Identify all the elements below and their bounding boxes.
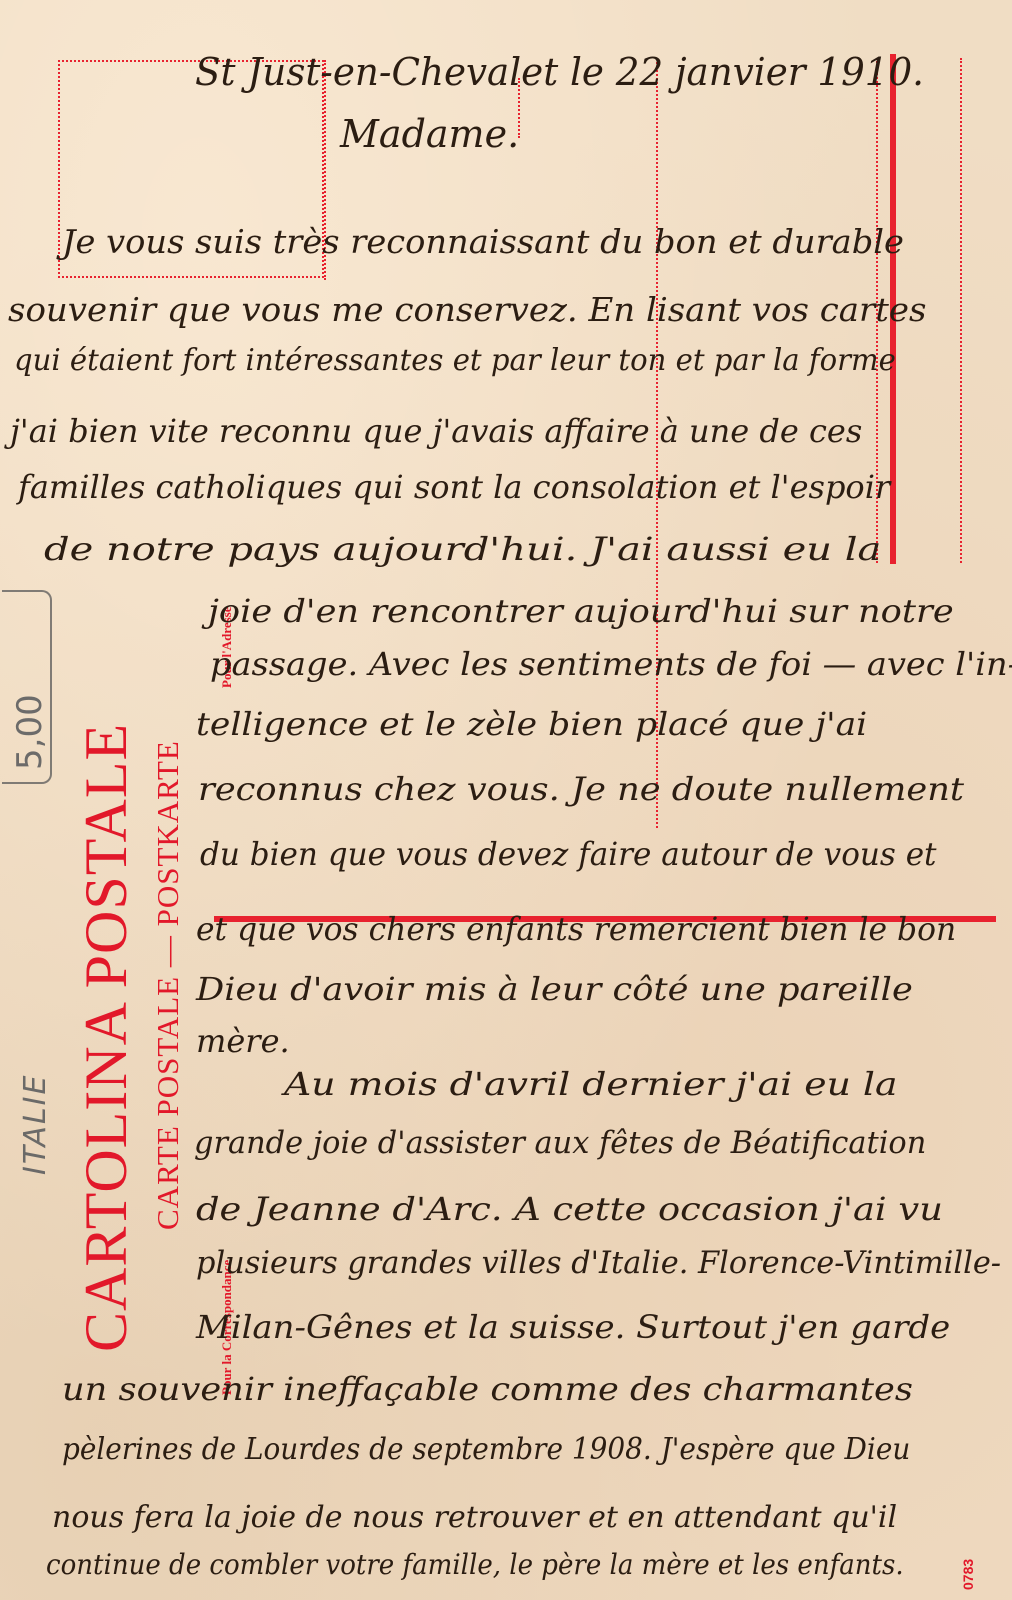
- letter-line: nous fera la joie de nous retrouver et e…: [52, 1500, 897, 1535]
- pencil-price: 5,00: [10, 694, 50, 770]
- dotted-guide-line: [960, 58, 962, 563]
- letter-line: pèlerines de Lourdes de septembre 1908. …: [62, 1432, 910, 1467]
- letter-line: passage. Avec les sentiments de foi — av…: [210, 645, 1012, 683]
- letter-line: du bien que vous devez faire autour de v…: [200, 835, 937, 873]
- letter-line: qui étaient fort intéressantes et par le…: [14, 343, 896, 378]
- letter-line: souvenir que vous me conservez. En lisan…: [8, 290, 926, 329]
- letter-header: St Just-en-Chevalet le 22 janvier 1910.: [195, 50, 924, 94]
- letter-line: reconnus chez vous. Je ne doute nullemen…: [198, 770, 964, 808]
- print-code: 0783: [960, 1559, 976, 1590]
- letter-line: plusieurs grandes villes d'Italie. Flore…: [196, 1245, 1001, 1281]
- letter-line: continue de combler votre famille, le pè…: [46, 1548, 904, 1581]
- letter-line: telligence et le zèle bien placé que j'a…: [196, 705, 867, 743]
- letter-line: mère.: [196, 1022, 290, 1060]
- letter-line: de Jeanne d'Arc. A cette occasion j'ai v…: [196, 1190, 943, 1228]
- letter-line: grande joie d'assister aux fêtes de Béat…: [194, 1125, 926, 1161]
- letter-line: Au mois d'avril dernier j'ai eu la: [284, 1065, 897, 1103]
- printed-title-cartolina-postale: CARTOLINA POSTALE: [72, 723, 141, 1352]
- letter-line: un souvenir ineffaçable comme des charma…: [62, 1370, 913, 1408]
- letter-line: Milan-Gênes et la suisse. Surtout j'en g…: [196, 1308, 950, 1346]
- printed-title-carte-postale: CARTE POSTALE — POSTKARTE: [150, 740, 186, 1230]
- letter-line: de notre pays aujourd'hui. J'ai aussi eu…: [44, 530, 881, 568]
- letter-line: joie d'en rencontrer aujourd'hui sur not…: [208, 592, 954, 630]
- letter-line: Je vous suis très reconnaissant du bon e…: [62, 222, 904, 261]
- letter-line: j'ai bien vite reconnu que j'avais affai…: [10, 412, 862, 450]
- letter-line: et que vos chers enfants remercient bien…: [196, 910, 956, 948]
- pencil-country: ITALIE: [18, 1074, 53, 1175]
- letter-line: familles catholiques qui sont la consola…: [18, 468, 890, 506]
- letter-line: Dieu d'avoir mis à leur côté une pareill…: [196, 970, 913, 1008]
- letter-salutation: Madame.: [340, 112, 519, 156]
- postcard-back: CARTOLINA POSTALE CARTE POSTALE — POSTKA…: [0, 0, 1012, 1600]
